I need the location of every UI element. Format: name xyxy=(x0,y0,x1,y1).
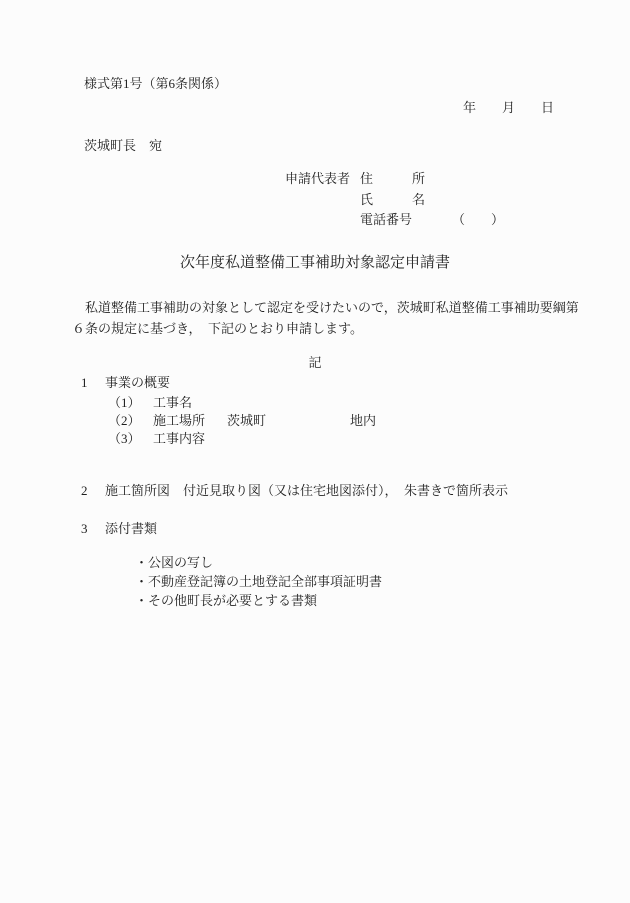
section-3-title: 添付書類 xyxy=(105,521,157,537)
applicant-role-label: 申請代表者 xyxy=(285,171,350,187)
application-form-page: 様式第1号（第6条関係） 年 月 日 茨城町長 宛 申請代表者 住 所 氏 名 … xyxy=(0,0,630,903)
section-1-item-1-number: （1） xyxy=(108,395,141,411)
attachment-item-label: その他町長が必要とする書類 xyxy=(148,593,317,608)
attachment-item: ・その他町長が必要とする書類 xyxy=(122,577,317,625)
section-3-number: 3 xyxy=(81,521,88,537)
section-1-number: 1 xyxy=(81,375,88,391)
body-paragraph-line-2: ６条の規定に基づき， 下記のとおり申請します。 xyxy=(72,321,363,337)
applicant-phone-label: 電話番号 xyxy=(360,212,412,228)
section-1-item-2-value-suffix: 地内 xyxy=(350,413,376,429)
form-number: 様式第1号（第6条関係） xyxy=(84,76,227,92)
applicant-name-label: 氏 名 xyxy=(360,192,425,208)
section-1-item-2-value-prefix: 茨城町 xyxy=(227,413,266,429)
applicant-address-label: 住 所 xyxy=(360,171,425,187)
section-2-number: 2 xyxy=(81,483,88,499)
record-mark: 記 xyxy=(0,355,630,371)
section-1-item-1-label: 工事名 xyxy=(153,395,192,411)
body-paragraph-line-1: 私道整備工事補助の対象として認定を受けたいので，茨城町私道整備工事補助要綱第 xyxy=(72,300,579,316)
section-2-text: 施工箇所図 付近見取り図（又は住宅地図添付）， 朱書きで箇所表示 xyxy=(105,483,508,499)
section-1-item-2-label: 施工場所 xyxy=(153,413,205,429)
section-1-item-2-number: （2） xyxy=(108,413,141,429)
section-1-item-3-label: 工事内容 xyxy=(153,431,205,447)
applicant-phone-blank: （ ） xyxy=(452,212,504,228)
bullet-icon: ・ xyxy=(135,593,148,608)
section-1-title: 事業の概要 xyxy=(105,375,170,391)
document-title: 次年度私道整備工事補助対象認定申請書 xyxy=(0,255,630,271)
addressee: 茨城町長 宛 xyxy=(84,138,162,154)
section-1-item-3-number: （3） xyxy=(108,431,141,447)
date-line: 年 月 日 xyxy=(463,100,554,116)
